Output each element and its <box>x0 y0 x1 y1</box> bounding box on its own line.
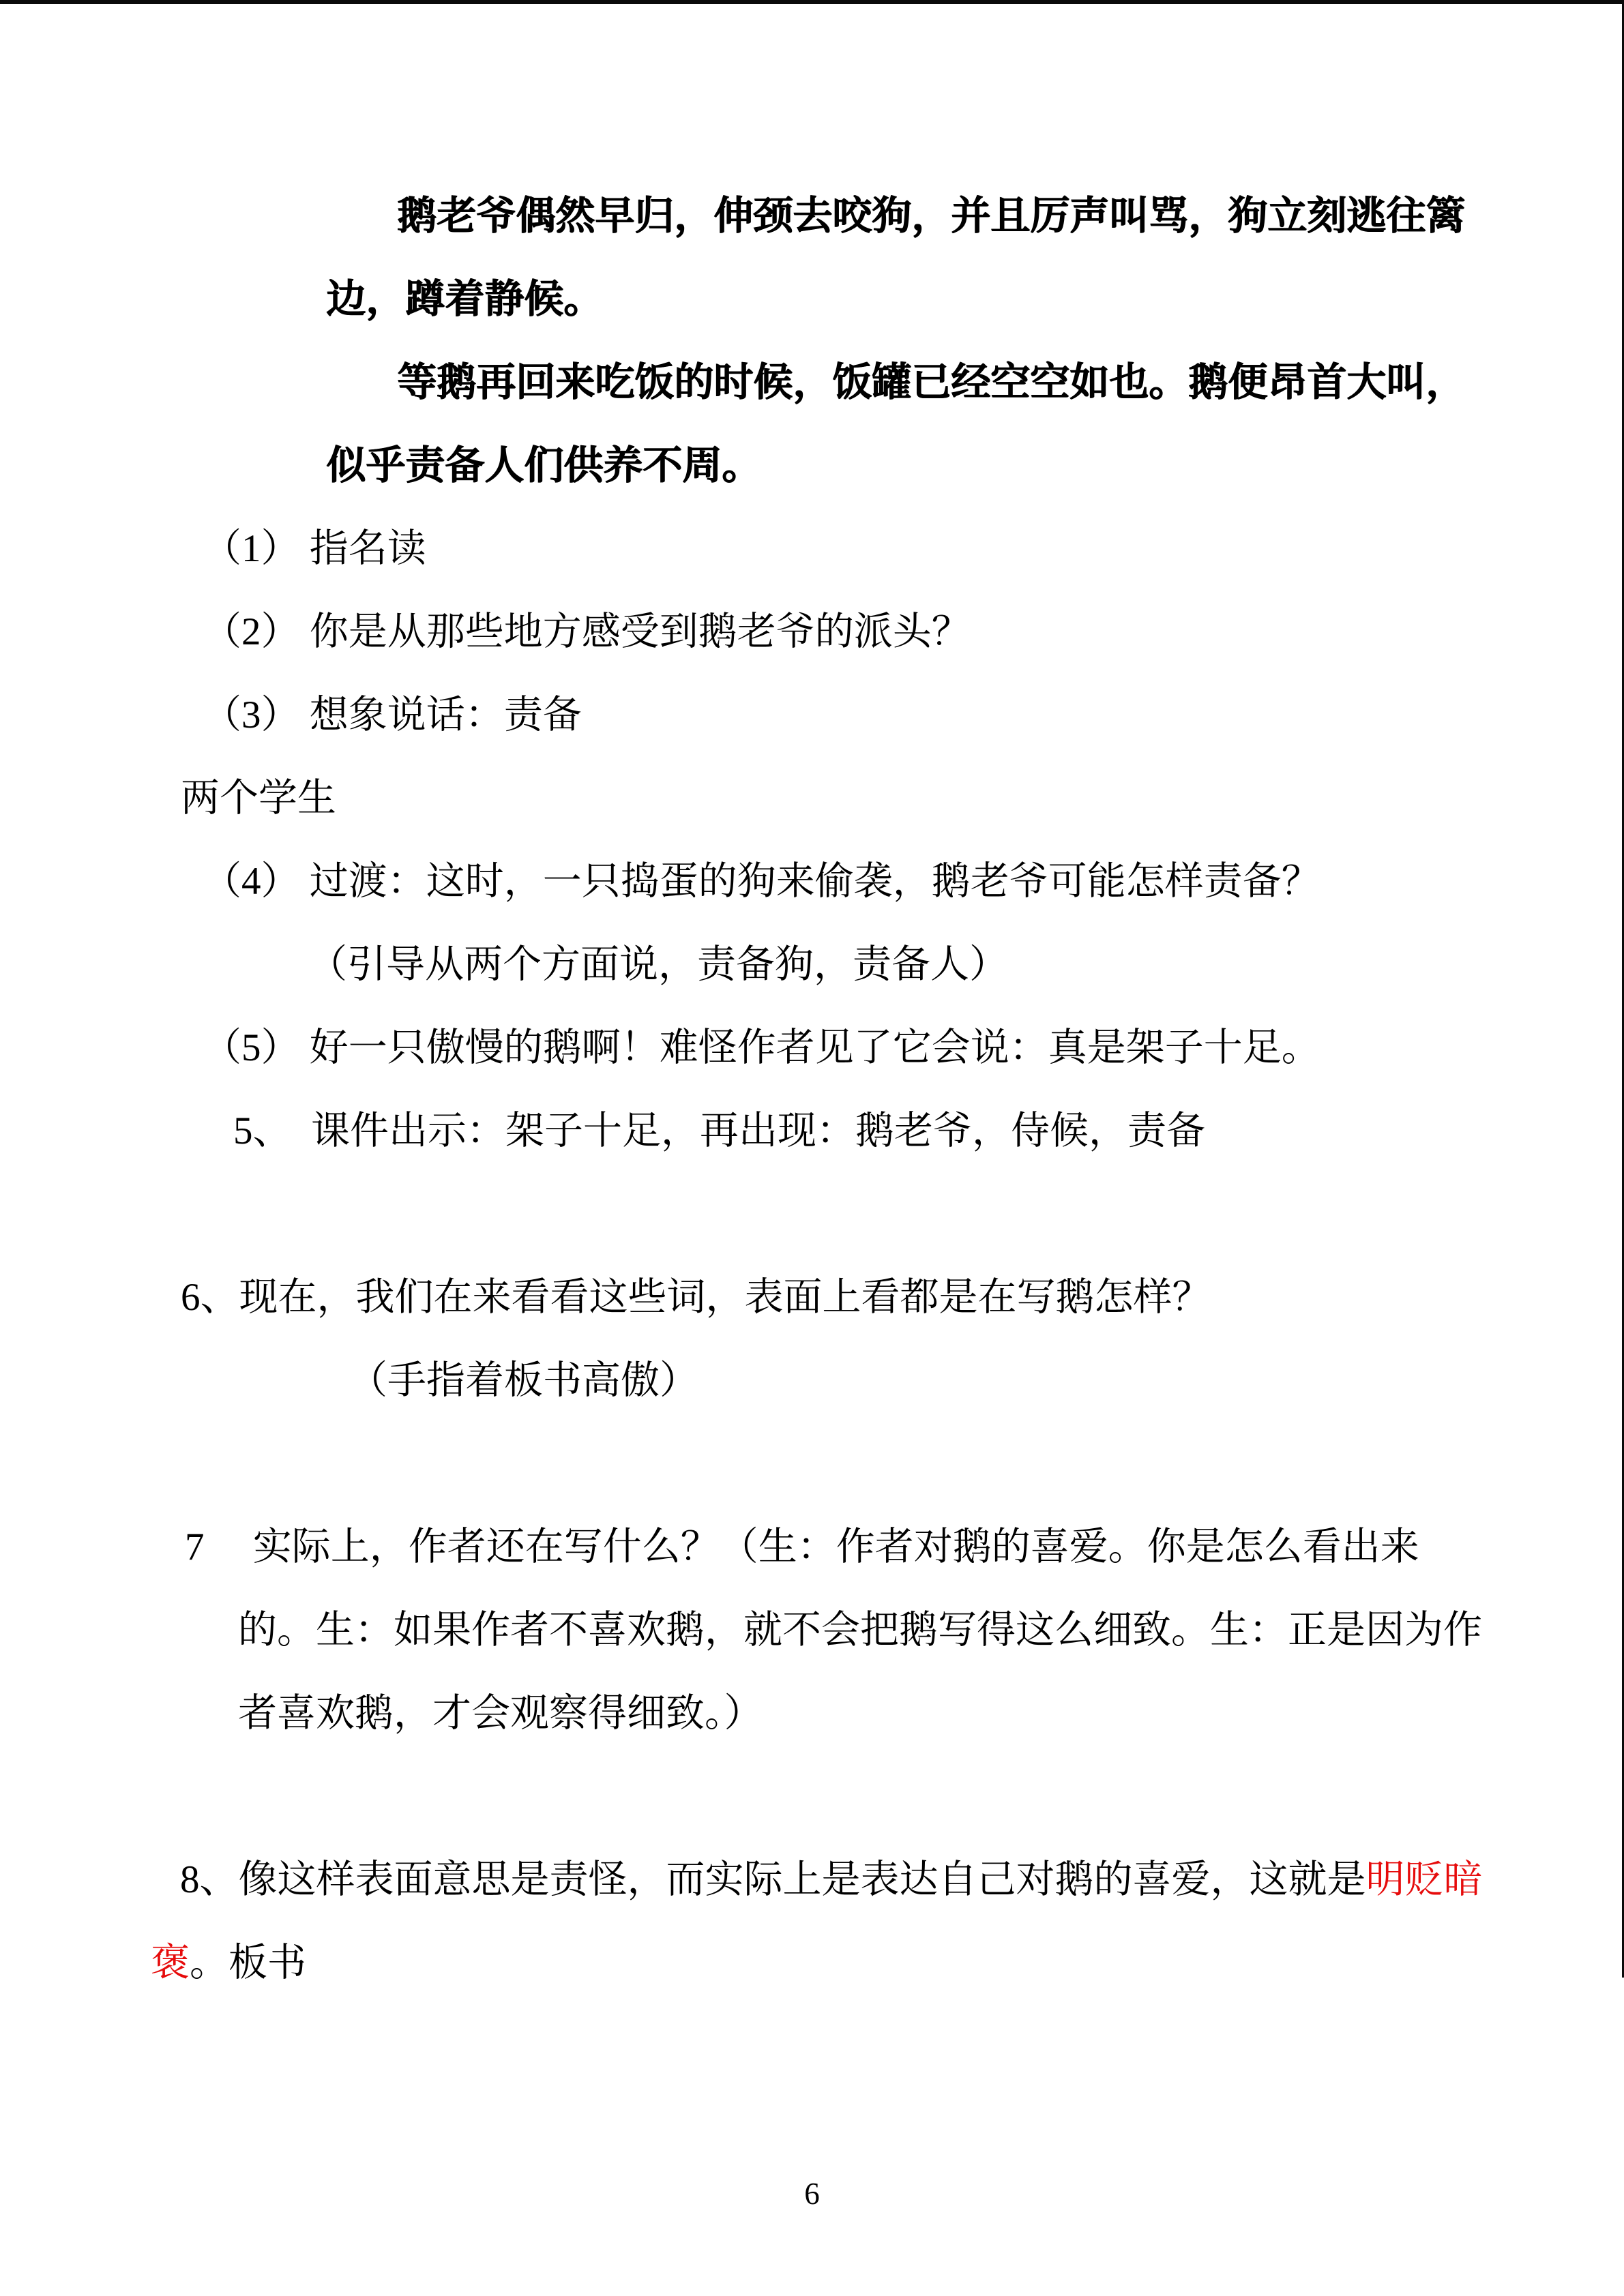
document-page: 鹅老爷偶然早归，伸颈去咬狗，并且厉声叫骂，狗立刻逃往篱 边，蹲着静候。 等鹅再回… <box>0 0 1624 2296</box>
list-item-2: （2） 你是从那些地方感受到鹅老爷的派头？ <box>203 612 971 651</box>
step-6-note: （手指着板书高傲） <box>349 1361 698 1400</box>
step-8-black-text-2: 。板书 <box>190 1941 306 1984</box>
step-7-line-3: 者喜欢鹅，才会观察得细致。） <box>238 1694 763 1733</box>
quote-line-4: 似乎责备人们供养不周。 <box>326 446 761 485</box>
step-8-line-1: 8、像这样表面意思是责怪，而实际上是表达自己对鹅的喜爱，这就是明贬暗 <box>180 1860 1483 1899</box>
step-8-red-text: 明贬暗 <box>1366 1858 1483 1901</box>
quote-line-2: 边，蹲着静候。 <box>326 280 603 318</box>
scan-border-top <box>0 0 1624 4</box>
list-item-3: （3） 想象说话：责备 <box>203 696 582 734</box>
quote-line-3: 等鹅再回来吃饭的时候，饭罐已经空空如也。鹅便昂首大叫， <box>397 363 1465 402</box>
list-item-5: （5） 好一只傲慢的鹅啊！难怪作者见了它会说：真是架子十足。 <box>203 1028 1320 1067</box>
step-5-courseware: 5、 课件出示：架子十足，再出现：鹅老爷，侍候，责备 <box>233 1112 1205 1150</box>
step-7-line-1: 7 实际上，作者还在写什么？（生：作者对鹅的喜爱。你是怎么看出来 <box>185 1527 1419 1566</box>
step-8-line-2: 褒。板书 <box>151 1943 306 1982</box>
list-item-4: （4） 过渡：这时，一只捣蛋的狗来偷袭，鹅老爷可能怎样责备？ <box>203 862 1320 901</box>
step-7-line-2: 的。生：如果作者不喜欢鹅，就不会把鹅写得这么细致。生：正是因为作 <box>238 1611 1482 1650</box>
two-students-note: 两个学生 <box>181 779 336 818</box>
list-item-1: （1） 指名读 <box>203 529 426 568</box>
page-number: 6 <box>0 2179 1624 2209</box>
quote-line-1: 鹅老爷偶然早归，伸颈去咬狗，并且厉声叫骂，狗立刻逃往篱 <box>397 196 1465 235</box>
list-item-4-note: （引导从两个方面说，责备狗，责备人） <box>308 945 1008 984</box>
step-8-red-text-2: 褒 <box>151 1941 190 1984</box>
step-6: 6、现在，我们在来看看这些词，表面上看都是在写鹅怎样？ <box>181 1278 1211 1317</box>
step-8-black-text: 8、像这样表面意思是责怪，而实际上是表达自己对鹅的喜爱，这就是 <box>180 1858 1366 1901</box>
